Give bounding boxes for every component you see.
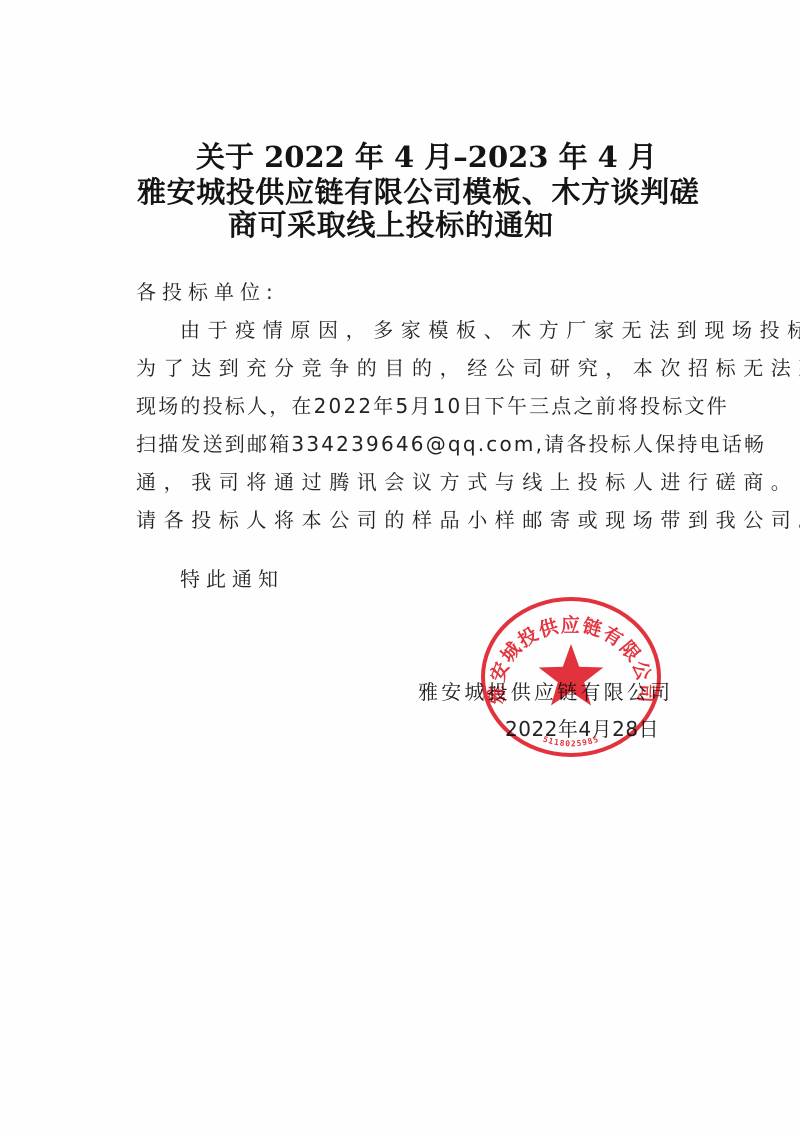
title-line-1: 关于 2022 年 4 月–2023 年 4 月 xyxy=(196,140,657,174)
document-page: 关于 2022 年 4 月–2023 年 4 月 雅安城投供应链有限公司模板、木… xyxy=(0,0,800,1131)
body-line: 扫描发送到邮箱334239646@qq.com,请各投标人保持电话畅 xyxy=(136,431,766,457)
body-line: 为了达到充分竞争的目的，经公司研究，本次招标无法到达 xyxy=(136,355,800,381)
company-seal: 雅安城投供应链有限公司 5118025985 xyxy=(478,594,664,760)
title-line-3: 商可采取线上投标的通知 xyxy=(228,208,554,242)
body-line: 现场的投标人，在2022年5月10日下午三点之前将投标文件 xyxy=(136,393,729,419)
body-line: 请各投标人将本公司的样品小样邮寄或现场带到我公司。 xyxy=(136,507,800,533)
salutation: 各投标单位: xyxy=(136,279,279,305)
body-line: 由于疫情原因，多家模板、木方厂家无法到现场投标， xyxy=(180,317,800,343)
star-icon xyxy=(539,644,604,706)
title-line-2: 雅安城投供应链有限公司模板、木方谈判磋 xyxy=(137,175,699,209)
closing-remark: 特此通知 xyxy=(180,566,284,592)
seal-number: 5118025985 xyxy=(542,735,601,749)
body-line: 通，我司将通过腾讯会议方式与线上投标人进行磋商。同时 xyxy=(136,469,800,495)
